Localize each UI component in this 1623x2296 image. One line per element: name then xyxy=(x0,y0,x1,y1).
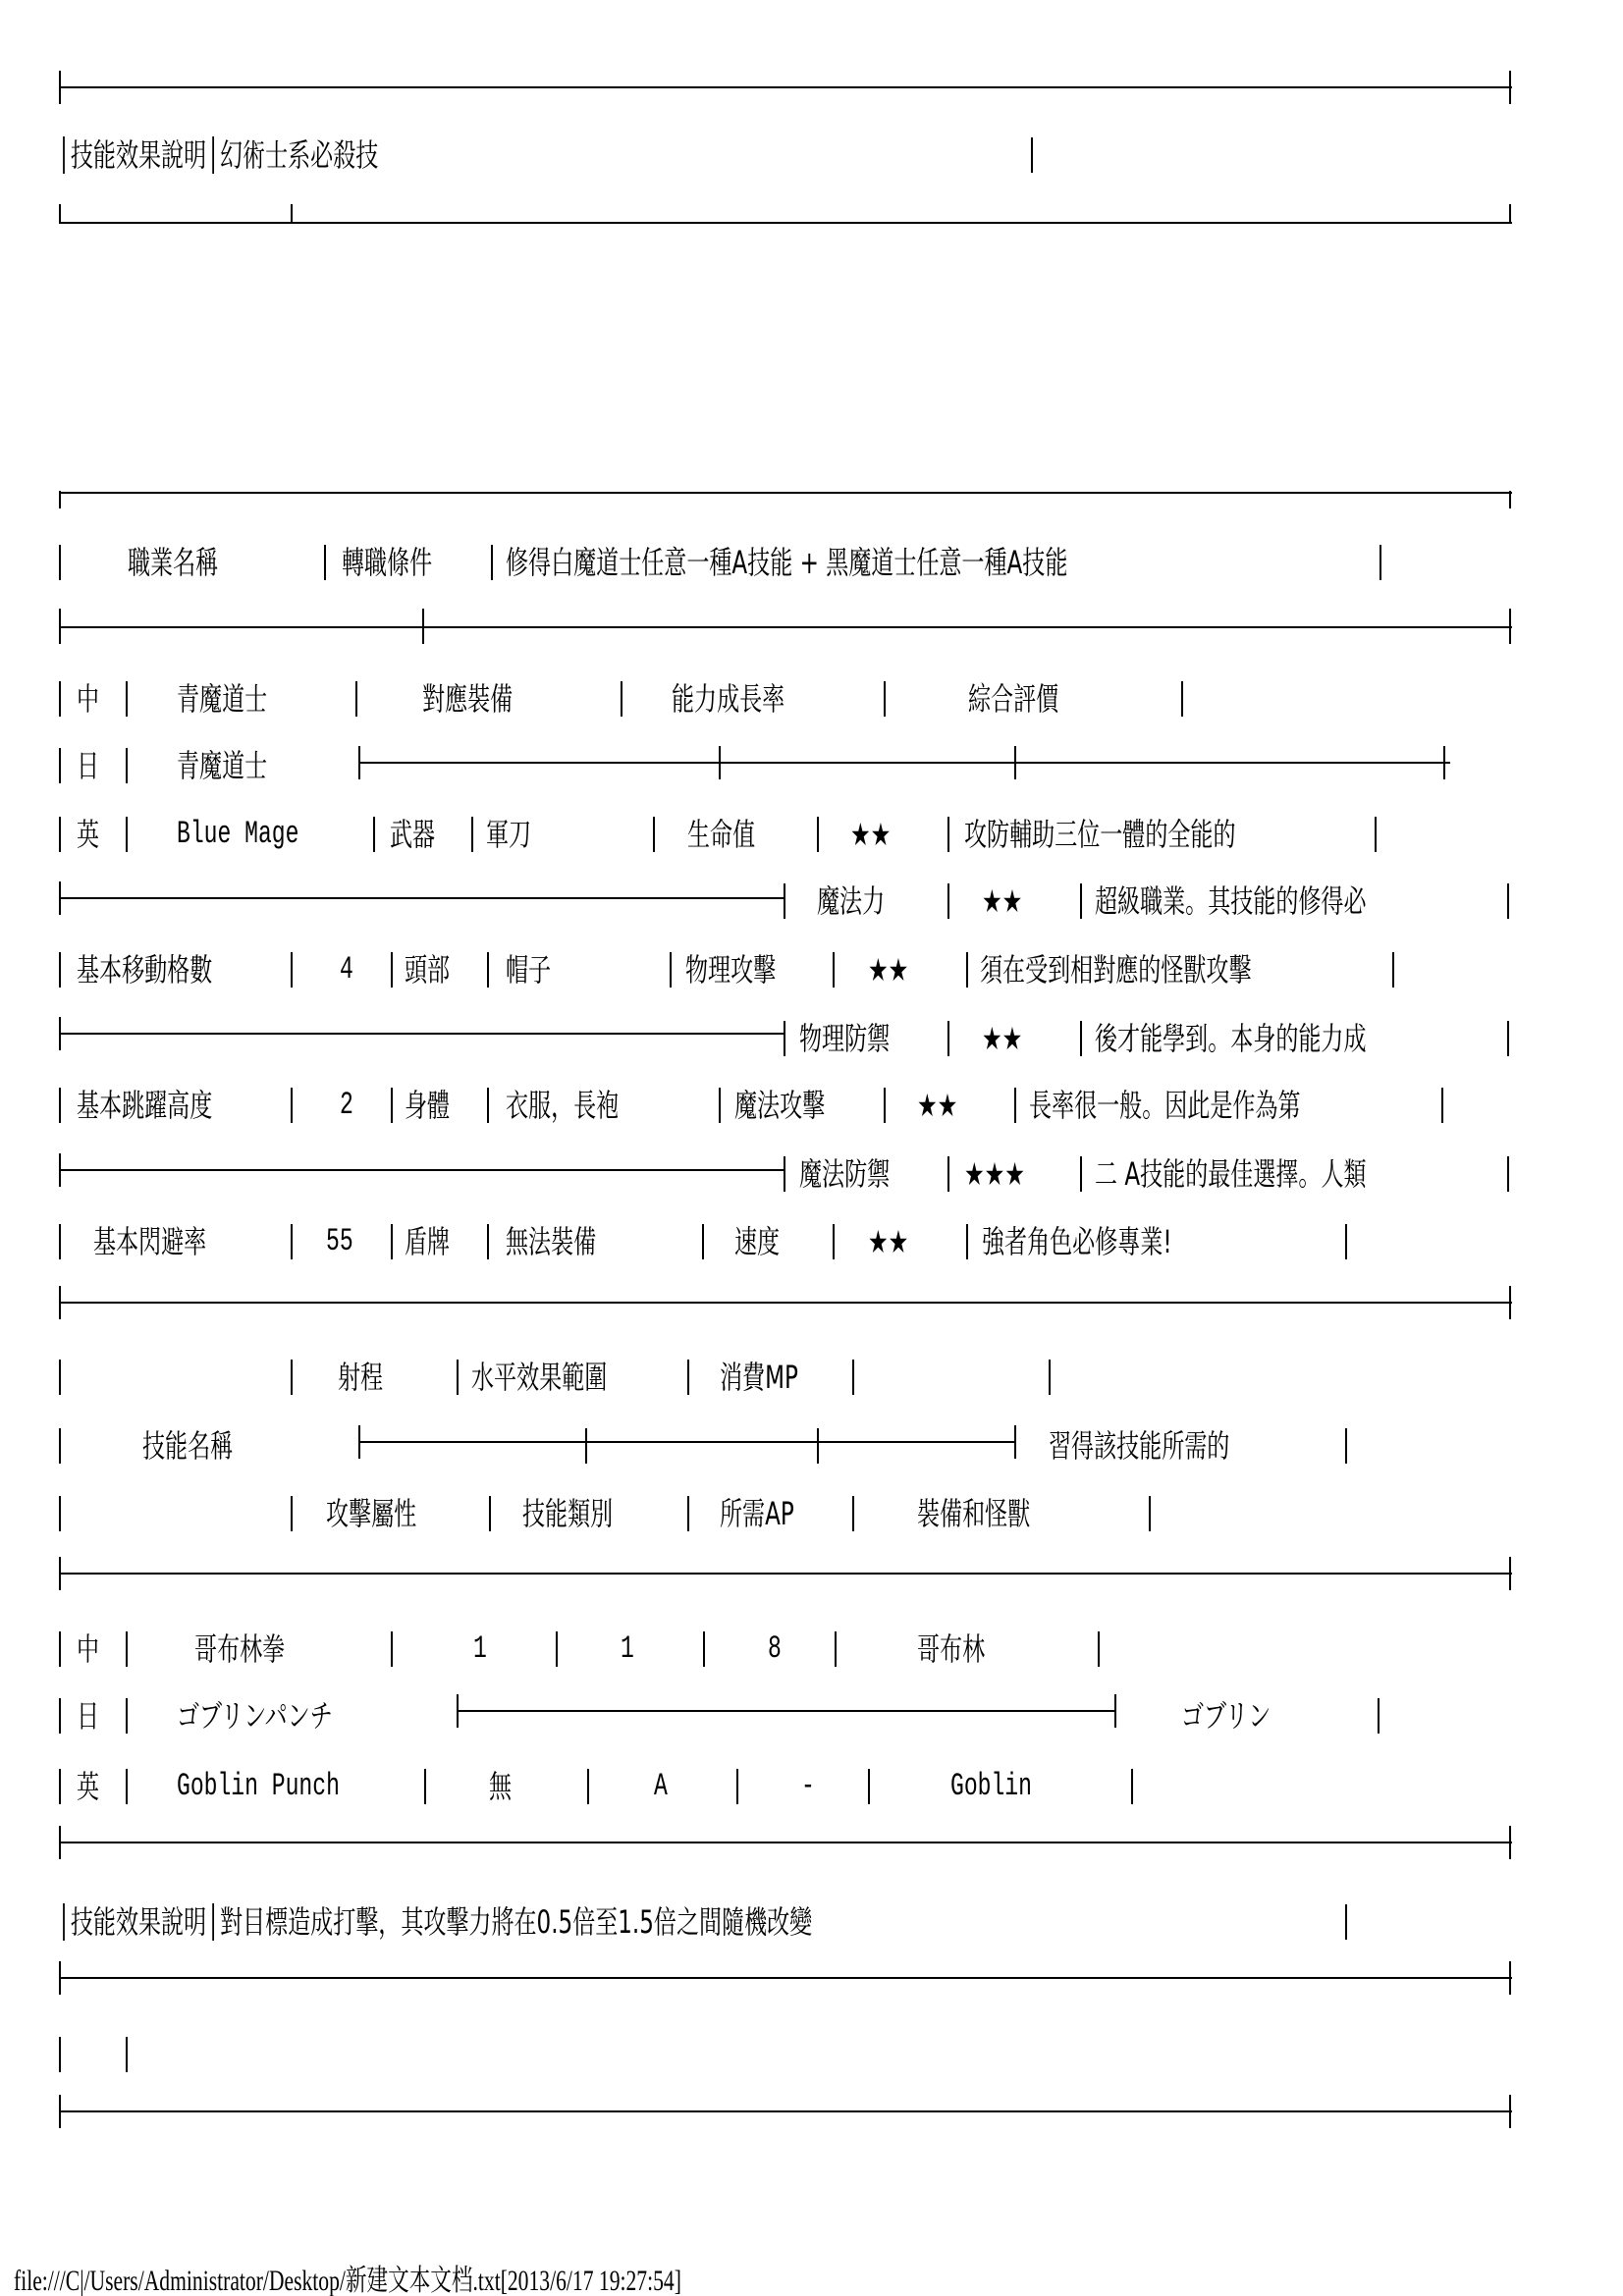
growth-stat-4: 魔法攻擊 xyxy=(734,1086,825,1125)
row-bar xyxy=(59,1360,61,1395)
job-name-en: Blue Mage xyxy=(177,815,298,854)
skill-mp-label: 消費MP xyxy=(720,1358,798,1397)
corner-tick xyxy=(59,1826,61,1859)
row-bar xyxy=(291,1360,293,1395)
corner-tick xyxy=(1509,491,1511,508)
skill-area-value: 1 xyxy=(621,1629,634,1669)
skill-lang-en: 英 xyxy=(77,1767,99,1806)
row-bar xyxy=(489,1496,491,1531)
row-bar xyxy=(966,1224,968,1259)
row-bar xyxy=(59,748,61,783)
row-bar xyxy=(126,817,128,852)
row-bar xyxy=(621,681,622,717)
row-bar xyxy=(59,545,61,580)
corner-tick xyxy=(1509,1961,1511,1995)
evaluation-line-0: 攻防輔助三位一體的全能的 xyxy=(964,815,1235,854)
equip-slot-1: 頭部 xyxy=(405,950,450,989)
corner-tick xyxy=(1443,746,1445,779)
row-bar xyxy=(947,1021,949,1056)
prev-effect-label: 技能效果說明 xyxy=(71,136,206,174)
row-bar xyxy=(59,817,61,852)
corner-tick xyxy=(1014,746,1016,779)
growth-stars-6: ★★ xyxy=(868,1222,908,1261)
skill-source-zh: 哥布林 xyxy=(917,1629,985,1669)
row-bar xyxy=(835,1631,837,1667)
corner-tick xyxy=(719,746,721,779)
row-end-bar xyxy=(1031,137,1033,173)
row-bar xyxy=(703,1631,705,1667)
evaluation-line-1: 超級職業。其技能的修得必 xyxy=(1095,881,1366,921)
corner-tick xyxy=(1509,609,1511,644)
row-bar xyxy=(59,1088,61,1123)
border-row-pdef xyxy=(59,1033,785,1035)
row-bar xyxy=(391,1631,393,1667)
corner-tick xyxy=(457,1694,459,1728)
corner-tick xyxy=(1509,2095,1511,2128)
row-bar xyxy=(736,1769,738,1804)
corner-tick xyxy=(1014,1425,1016,1459)
row-bar xyxy=(291,1088,293,1123)
job-name-label: 職業名稱 xyxy=(128,543,218,582)
skill-name-ja: ゴブリンパンチ xyxy=(177,1696,333,1735)
row-bar xyxy=(817,817,819,852)
growth-stat-6: 速度 xyxy=(734,1222,780,1261)
base-stat-label-1: 基本跳躍高度 xyxy=(77,1086,212,1125)
skill-name-label: 技能名稱 xyxy=(142,1426,233,1466)
row-bar xyxy=(702,1224,704,1259)
corner-tick xyxy=(59,1961,61,1995)
row-bar xyxy=(784,1021,785,1056)
row-bar xyxy=(1080,883,1082,919)
skill-type-value: A xyxy=(654,1767,668,1806)
corner-tick xyxy=(422,609,424,644)
border-top-prev xyxy=(59,86,1512,88)
corner-tick xyxy=(59,2095,61,2128)
growth-stars-4: ★★ xyxy=(917,1086,957,1125)
row-bar xyxy=(947,1156,949,1192)
corner-tick xyxy=(59,204,61,224)
job-condition-label: 轉職條件 xyxy=(342,543,432,582)
col-equipment: 對應裝備 xyxy=(422,679,513,719)
growth-stars-0: ★★ xyxy=(850,815,891,854)
row-bar xyxy=(1507,1021,1509,1056)
equip-slot-2: 身體 xyxy=(405,1086,450,1125)
skill-ap-label: 所需AP xyxy=(720,1494,794,1533)
row-bar xyxy=(1380,545,1381,580)
base-stat-label-2: 基本閃避率 xyxy=(93,1222,206,1261)
row-bar xyxy=(126,1631,128,1667)
corner-tick xyxy=(59,1153,61,1187)
row-bar xyxy=(719,1088,721,1123)
row-bar xyxy=(833,1224,835,1259)
row-bar xyxy=(670,952,672,988)
base-stat-value-0: 4 xyxy=(340,950,353,989)
evaluation-line-5: 二 A技能的最佳選擇。人類 xyxy=(1095,1154,1367,1194)
row-bar xyxy=(126,1769,128,1804)
row-bar xyxy=(471,817,473,852)
row-bar xyxy=(1181,681,1183,717)
row-bar xyxy=(687,1360,689,1395)
row-bar xyxy=(373,817,375,852)
row-bar xyxy=(126,1698,128,1734)
row-bar xyxy=(585,1428,587,1464)
row-bar xyxy=(487,952,489,988)
growth-stat-2: 物理攻擊 xyxy=(685,950,776,989)
row-bar xyxy=(424,1769,426,1804)
row-bar xyxy=(59,1769,61,1804)
row-bar xyxy=(291,1224,293,1259)
border-skill-ja xyxy=(457,1710,1114,1712)
row-bar xyxy=(884,1088,886,1123)
lang-en: 英 xyxy=(77,815,99,854)
border-ja-row xyxy=(358,762,1450,764)
row-bar xyxy=(491,545,493,580)
row-bar xyxy=(1345,1428,1347,1464)
row-bar xyxy=(687,1496,689,1531)
equip-item-1: 帽子 xyxy=(506,950,551,989)
job-name-zh: 青魔道士 xyxy=(177,679,267,719)
row-bar xyxy=(59,1428,61,1464)
corner-tick xyxy=(59,1017,61,1050)
skill-effect-text: 對目標造成打擊，其攻擊力將在0.5倍至1.5倍之間隨機改變 xyxy=(220,1903,812,1941)
skill-name-en: Goblin Punch xyxy=(177,1767,340,1806)
row-bar xyxy=(587,1769,589,1804)
skill-element-value: 無 xyxy=(489,1767,512,1806)
skill-learn-label-2: 裝備和怪獸 xyxy=(917,1494,1030,1533)
evaluation-line-3: 後才能學到。本身的能力成 xyxy=(1095,1019,1366,1058)
skill-type-label: 技能類別 xyxy=(522,1494,613,1533)
row-bar xyxy=(947,883,949,919)
row-bar xyxy=(852,1360,854,1395)
skill-lang-zh: 中 xyxy=(77,1629,99,1669)
corner-tick xyxy=(1114,1694,1116,1728)
row-bar xyxy=(1441,1088,1443,1123)
equip-slot-0: 武器 xyxy=(390,815,435,854)
file-path-footer: file:///C|/Users/Administrator/Desktop/新… xyxy=(14,2256,681,2296)
row-bar xyxy=(868,1769,870,1804)
row-bar xyxy=(947,817,949,852)
row-bar xyxy=(784,1156,785,1192)
corner-tick xyxy=(1509,1286,1511,1319)
row-bar xyxy=(852,1496,854,1531)
row-bar xyxy=(59,681,61,717)
corner-tick xyxy=(59,71,61,104)
growth-stat-5: 魔法防禦 xyxy=(799,1154,890,1194)
job-condition-text: 修得白魔道士任意一種A技能 + 黑魔道士任意一種A技能 xyxy=(506,543,1067,582)
row-bar xyxy=(487,1088,489,1123)
row-bar xyxy=(1080,1021,1082,1056)
evaluation-line-2: 須在受到相對應的怪獸攻擊 xyxy=(980,950,1251,989)
row-bar xyxy=(1507,1156,1509,1192)
row-bar xyxy=(126,2037,128,2072)
skill-element-label: 攻擊屬性 xyxy=(326,1494,416,1533)
row-bar xyxy=(291,1496,293,1531)
base-stat-value-1: 2 xyxy=(340,1086,353,1125)
corner-tick xyxy=(59,881,61,915)
growth-stars-1: ★★ xyxy=(982,881,1022,921)
equip-item-3: 無法裝備 xyxy=(506,1222,596,1261)
row-bar xyxy=(391,952,393,988)
row-bar xyxy=(1507,883,1509,919)
row-bar xyxy=(126,748,128,783)
skill-range-label: 射程 xyxy=(338,1358,383,1397)
growth-stat-1: 魔法力 xyxy=(817,881,885,921)
corner-tick xyxy=(59,491,61,508)
skill-range-value: 1 xyxy=(473,1629,487,1669)
row-bar xyxy=(391,1088,393,1123)
evaluation-line-6: 強者角色必修專業! xyxy=(982,1222,1172,1261)
row-bar xyxy=(1392,952,1394,988)
row-bar xyxy=(59,1224,61,1259)
row-bar xyxy=(884,681,886,717)
row-bar xyxy=(833,952,835,988)
row-bar xyxy=(1375,817,1377,852)
corner-tick xyxy=(291,204,293,224)
skill-source-ja: ゴブリン xyxy=(1181,1696,1271,1735)
row-bar xyxy=(59,1496,61,1531)
equip-slot-3: 盾牌 xyxy=(405,1222,450,1261)
skill-ap-value: - xyxy=(801,1767,815,1806)
border-row-mdef xyxy=(59,1169,785,1171)
base-stat-value-2: 55 xyxy=(326,1222,353,1261)
base-stat-label-0: 基本移動格數 xyxy=(77,950,212,989)
border-effect-bottom xyxy=(59,1977,1512,1979)
row-bar xyxy=(1131,1769,1133,1804)
growth-stars-3: ★★ xyxy=(982,1019,1022,1058)
growth-stat-3: 物理防禦 xyxy=(799,1019,890,1058)
corner-tick xyxy=(1509,204,1511,224)
border-bottom-prev xyxy=(59,222,1512,224)
corner-tick xyxy=(358,1425,360,1459)
corner-tick xyxy=(1509,1826,1511,1859)
equip-item-0: 軍刀 xyxy=(486,815,531,854)
skill-lang-ja: 日 xyxy=(77,1696,99,1735)
skill-mp-value: 8 xyxy=(768,1629,782,1669)
row-end-bar xyxy=(1345,1904,1347,1940)
row-bar xyxy=(653,817,655,852)
col-evaluation: 綜合評價 xyxy=(968,679,1058,719)
border-skill-header xyxy=(59,1573,1512,1575)
row-bar xyxy=(59,1698,61,1734)
prev-effect-text: 幻術士系必殺技 xyxy=(220,136,378,174)
row-bar xyxy=(59,952,61,988)
skill-name-zh: 哥布林拳 xyxy=(194,1629,285,1669)
col-growth: 能力成長率 xyxy=(672,679,784,719)
row-bar xyxy=(556,1631,558,1667)
lang-ja: 日 xyxy=(77,746,99,785)
border-top-job xyxy=(59,492,1512,494)
job-name-ja: 青魔道士 xyxy=(177,746,267,785)
skill-source-en: Goblin xyxy=(950,1767,1032,1806)
skill-learn-label-1: 習得該技能所需的 xyxy=(1049,1426,1229,1466)
equip-item-2: 衣服，長袍 xyxy=(506,1086,619,1125)
growth-stars-5: ★★★ xyxy=(964,1154,1025,1194)
corner-tick xyxy=(358,746,360,779)
row-bar xyxy=(1049,1360,1051,1395)
row-bar xyxy=(817,1428,819,1464)
row-bar xyxy=(59,1631,61,1667)
row-bar xyxy=(291,952,293,988)
border-skill-mid xyxy=(358,1441,1016,1443)
row-bar xyxy=(1080,1156,1082,1192)
row-bar xyxy=(1014,1088,1016,1123)
row-bar xyxy=(966,952,968,988)
row-bar xyxy=(324,545,326,580)
growth-stars-2: ★★ xyxy=(868,950,908,989)
row-bar xyxy=(59,2037,61,2072)
row-bar xyxy=(1378,1698,1380,1734)
border-skill-bottom xyxy=(59,1842,1512,1843)
corner-tick xyxy=(1509,1557,1511,1590)
border-last xyxy=(59,2110,1512,2112)
corner-tick xyxy=(59,609,61,644)
row-bar xyxy=(355,681,357,717)
row-bar xyxy=(487,1224,489,1259)
border-bottom-job xyxy=(59,1302,1512,1304)
row-bar xyxy=(391,1224,393,1259)
row-bar xyxy=(1345,1224,1347,1259)
evaluation-line-4: 長率很一般。因此是作為第 xyxy=(1029,1086,1300,1125)
row-bar xyxy=(457,1360,459,1395)
row-bar xyxy=(126,681,128,717)
border-row-mp xyxy=(59,897,785,899)
skill-effect-row: │技能效果說明│對目標造成打擊，其攻擊力將在0.5倍至1.5倍之間隨機改變 xyxy=(57,1902,812,1942)
growth-stat-0: 生命值 xyxy=(687,815,755,854)
row-bar xyxy=(784,883,785,919)
prev-skill-effect-row: │技能效果說明│幻術士系必殺技 xyxy=(57,135,378,175)
row-bar xyxy=(1098,1631,1100,1667)
skill-effect-label: 技能效果說明 xyxy=(71,1903,206,1941)
border-job-header xyxy=(59,626,1512,628)
lang-zh: 中 xyxy=(77,679,99,719)
corner-tick xyxy=(59,1286,61,1319)
corner-tick xyxy=(1509,71,1511,104)
row-bar xyxy=(1149,1496,1151,1531)
corner-tick xyxy=(59,1557,61,1590)
skill-area-label: 水平效果範圍 xyxy=(471,1358,607,1397)
